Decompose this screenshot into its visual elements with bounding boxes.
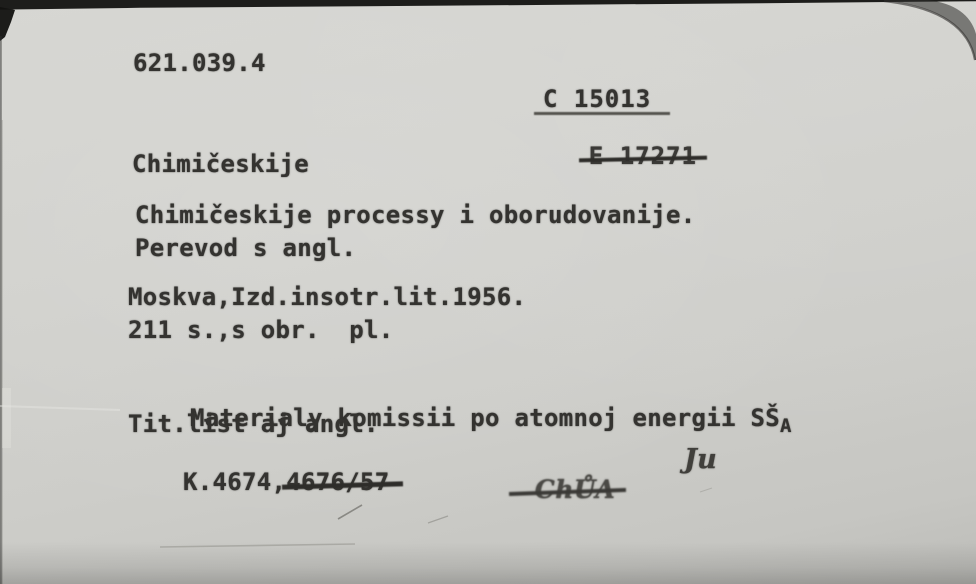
catalog-card: 621.039.4 C 15013 E 17271 Chimičeskije C… (0, 0, 976, 584)
call-number-old-text: E 17271 (589, 143, 697, 169)
accession-line: K.4674,4676/57 (124, 443, 390, 522)
stamp-mark: ChŮA (498, 448, 615, 531)
title-statement: Chimičeskije processy i oborudovanije. (135, 202, 695, 228)
accession-struck: 4676/57 (286, 469, 389, 495)
accession-kept: K.4674, (183, 468, 286, 496)
heading-entry: Chimičeskije (132, 151, 309, 177)
series-note-subscript: A (780, 416, 792, 437)
imprint-line: Moskva,Izd.insotr.lit.1956. (128, 284, 526, 310)
translation-note: Perevod s angl. (135, 235, 356, 261)
call-number-old: E 17271 (527, 117, 697, 196)
collation-line: 211 s.,s obr. pl. (128, 317, 394, 343)
call-number-underline (534, 112, 670, 115)
title-page-note: Tit.list aj angl. (128, 411, 379, 437)
cataloger-initials: Ju (684, 445, 717, 475)
classification-number: 621.039.4 (133, 50, 266, 76)
call-number-current: C 15013 (543, 86, 651, 112)
stamp-mark-text: ChŮA (535, 476, 616, 504)
